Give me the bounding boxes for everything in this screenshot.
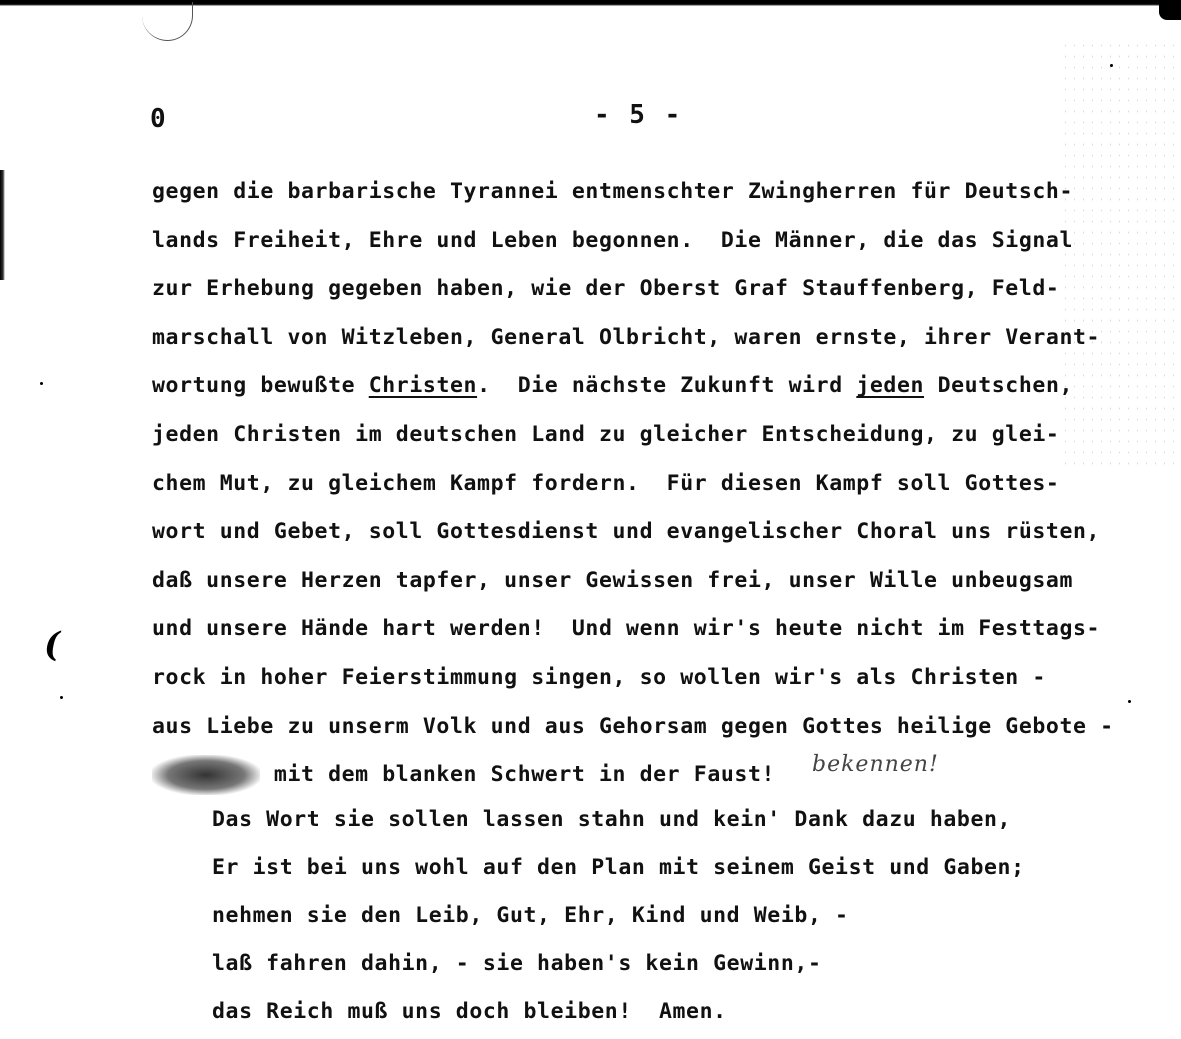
text-line: lands Freiheit, Ehre und Leben begonnen.… bbox=[152, 221, 1152, 270]
hymn-line: Er ist bei uns wohl auf den Plan mit sei… bbox=[212, 848, 1112, 896]
scan-speck bbox=[1128, 700, 1131, 703]
text-line: aus Liebe zu unserm Volk und aus Gehorsa… bbox=[152, 707, 1152, 756]
hymn-line: laß fahren dahin, - sie haben's kein Gew… bbox=[212, 944, 1112, 992]
text-segment: wortung bewußte bbox=[152, 373, 369, 398]
scan-left-edge bbox=[0, 170, 5, 280]
margin-mark: ( bbox=[44, 625, 60, 665]
hymn-verse: Das Wort sie sollen lassen stahn und kei… bbox=[212, 800, 1112, 1039]
scan-corner-shadow bbox=[1159, 0, 1181, 20]
text-line: marschall von Witzleben, General Olbrich… bbox=[152, 318, 1152, 367]
text-line: bekennen mit dem blanken Schwert in der … bbox=[152, 755, 1152, 804]
hymn-line: das Reich muß uns doch bleiben! Amen. bbox=[212, 992, 1112, 1039]
scan-speck bbox=[40, 382, 43, 385]
text-segment: mit dem blanken Schwert in der Faust! bbox=[260, 762, 775, 787]
page-mark: 0 bbox=[150, 104, 166, 134]
text-line: daß unsere Herzen tapfer, unser Gewissen… bbox=[152, 561, 1152, 610]
body-text: gegen die barbarische Tyrannei entmensch… bbox=[152, 172, 1152, 804]
hymn-line: nehmen sie den Leib, Gut, Ehr, Kind und … bbox=[212, 896, 1112, 944]
text-line: chem Mut, zu gleichem Kampf fordern. Für… bbox=[152, 464, 1152, 513]
text-line: jeden Christen im deutschen Land zu glei… bbox=[152, 415, 1152, 464]
page-number: - 5 - bbox=[594, 100, 682, 130]
hymn-line: Das Wort sie sollen lassen stahn und kei… bbox=[212, 800, 1112, 848]
text-segment: . Die nächste Zukunft wird bbox=[477, 373, 856, 398]
underlined-word: Christen bbox=[369, 373, 477, 398]
punch-hole-mark bbox=[142, 2, 193, 41]
handwritten-correction: bekennen! bbox=[812, 752, 939, 777]
struck-word: bekennen bbox=[152, 755, 260, 795]
text-line: rock in hoher Feierstimmung singen, so w… bbox=[152, 658, 1152, 707]
text-line: zur Erhebung gegeben haben, wie der Ober… bbox=[152, 269, 1152, 318]
text-line: wort und Gebet, soll Gottesdienst und ev… bbox=[152, 512, 1152, 561]
text-line: und unsere Hände hart werden! Und wenn w… bbox=[152, 609, 1152, 658]
scan-speck bbox=[1110, 64, 1113, 67]
underlined-word: jeden bbox=[856, 373, 924, 398]
text-line: gegen die barbarische Tyrannei entmensch… bbox=[152, 172, 1152, 221]
text-line: wortung bewußte Christen. Die nächste Zu… bbox=[152, 366, 1152, 415]
scan-speck bbox=[60, 696, 63, 699]
text-segment: Deutschen, bbox=[924, 373, 1073, 398]
